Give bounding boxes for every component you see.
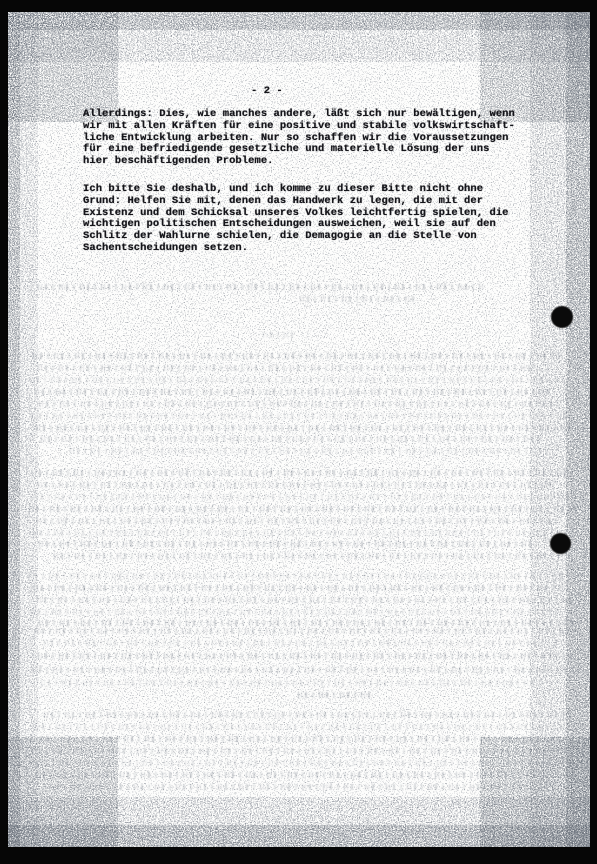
ghost-text-line <box>34 494 570 500</box>
ghost-text-line <box>70 448 548 454</box>
ghost-text-line <box>452 800 500 806</box>
ghost-text-line <box>33 353 563 359</box>
ghost-text-line <box>41 436 541 442</box>
ghost-text-line <box>39 401 564 407</box>
ghost-text-line <box>298 692 370 698</box>
ghost-text-line <box>38 760 574 766</box>
ghost-text-line <box>263 332 293 338</box>
ghost-text-line <box>36 425 574 431</box>
ghost-text-line <box>34 585 564 591</box>
ghost-text-line <box>28 573 576 579</box>
ghost-text-line <box>32 470 578 476</box>
ghost-text-line <box>37 597 577 603</box>
paragraph-1: Allerdings: Dies, wie manches andere, lä… <box>83 109 515 168</box>
ghost-text-line <box>29 506 577 512</box>
ghost-text-line <box>31 609 558 615</box>
ghost-text-line <box>41 680 533 686</box>
ghost-text-line <box>30 377 570 383</box>
ghost-text-line <box>39 541 537 547</box>
ghost-text-line <box>32 667 578 673</box>
ghost-text-line <box>35 389 550 395</box>
ghost-text-line <box>33 530 573 536</box>
ghost-text-line <box>38 365 536 371</box>
ghost-text-line <box>39 620 574 626</box>
page-number: - 2 - <box>251 86 283 98</box>
ghost-text-line <box>54 553 559 559</box>
ghost-text-line <box>300 296 418 302</box>
ghost-text-line <box>32 748 580 754</box>
ghost-text-line <box>35 628 577 634</box>
page: - 2 - Allerdings: Dies, wie manches ande… <box>8 12 590 847</box>
paragraph-2: Ich bitte Sie deshalb, und ich komme zu … <box>83 184 509 255</box>
ghost-text-line <box>38 284 483 290</box>
hole-punch-mark <box>551 306 573 328</box>
ghost-text-line <box>40 736 560 742</box>
ghost-text-line <box>44 640 558 646</box>
ghost-text-line <box>38 653 574 659</box>
ghost-text-line <box>32 413 572 419</box>
ghost-text-line <box>50 784 528 790</box>
ghost-text-line <box>35 724 577 730</box>
ghost-text-line <box>36 772 548 778</box>
hole-punch-mark <box>550 533 571 554</box>
ghost-text-line <box>37 518 559 524</box>
ghost-text-line <box>44 712 572 718</box>
scanned-document: - 2 - Allerdings: Dies, wie manches ande… <box>0 0 597 864</box>
ghost-text-line <box>38 482 556 488</box>
